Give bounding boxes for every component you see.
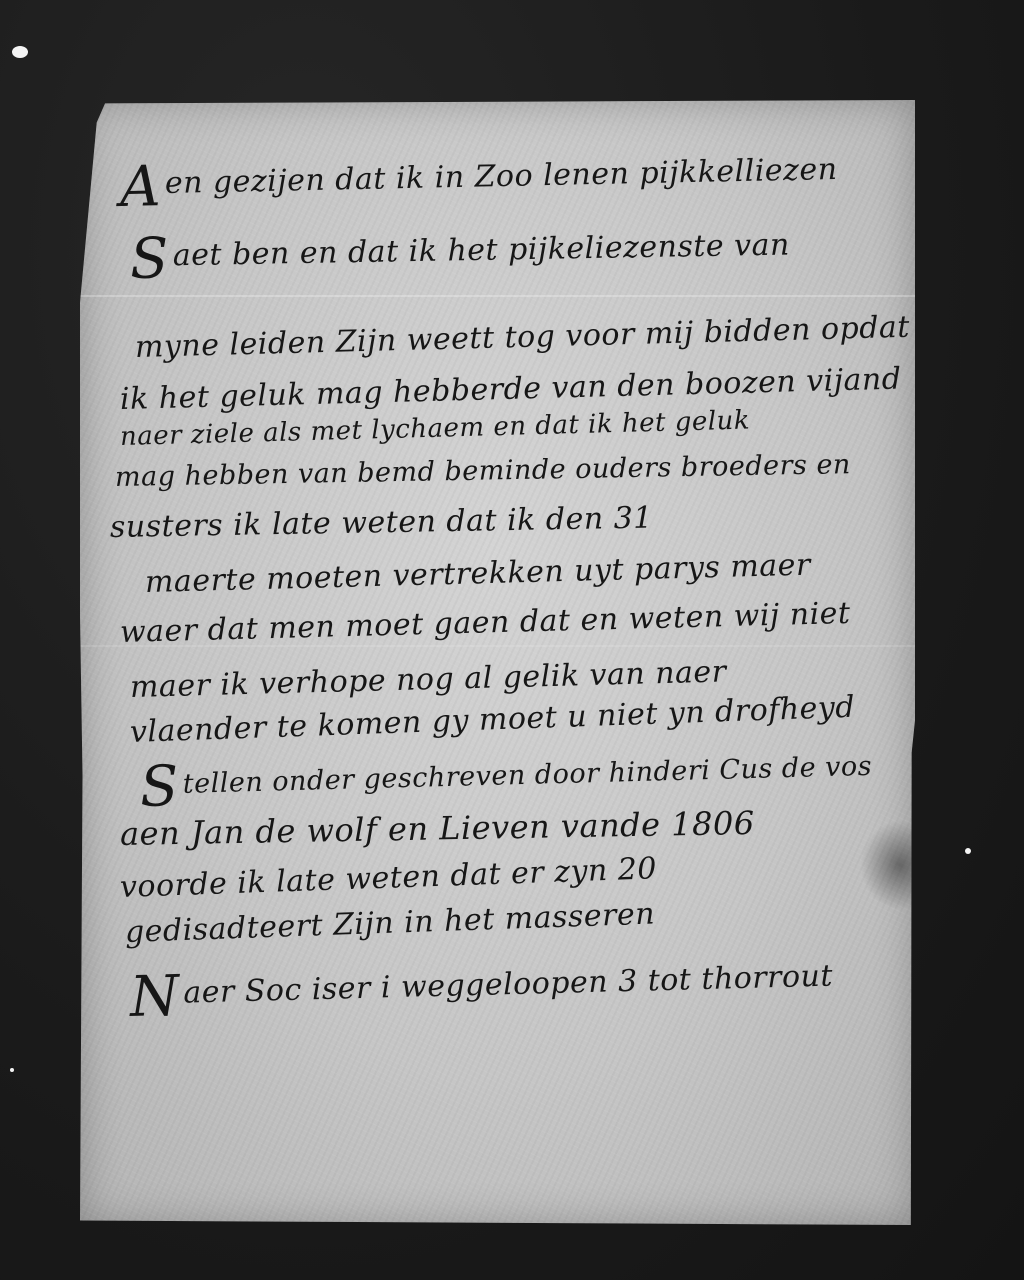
- dust-speck: [12, 46, 28, 58]
- ink-stain: [860, 820, 940, 910]
- scanned-document: Aen gezijen dat ik in Zoo lenen pijkkell…: [0, 0, 1024, 1280]
- initial-capital: A: [119, 154, 161, 220]
- initial-capital: S: [129, 226, 169, 292]
- dust-speck: [965, 848, 971, 854]
- paper-fold: [80, 295, 915, 297]
- initial-capital: N: [129, 964, 180, 1030]
- initial-capital: S: [139, 754, 180, 820]
- letter-line-2: Saet ben en dat ik het pijkeliezenste va…: [130, 220, 791, 288]
- dust-speck: [10, 1068, 14, 1072]
